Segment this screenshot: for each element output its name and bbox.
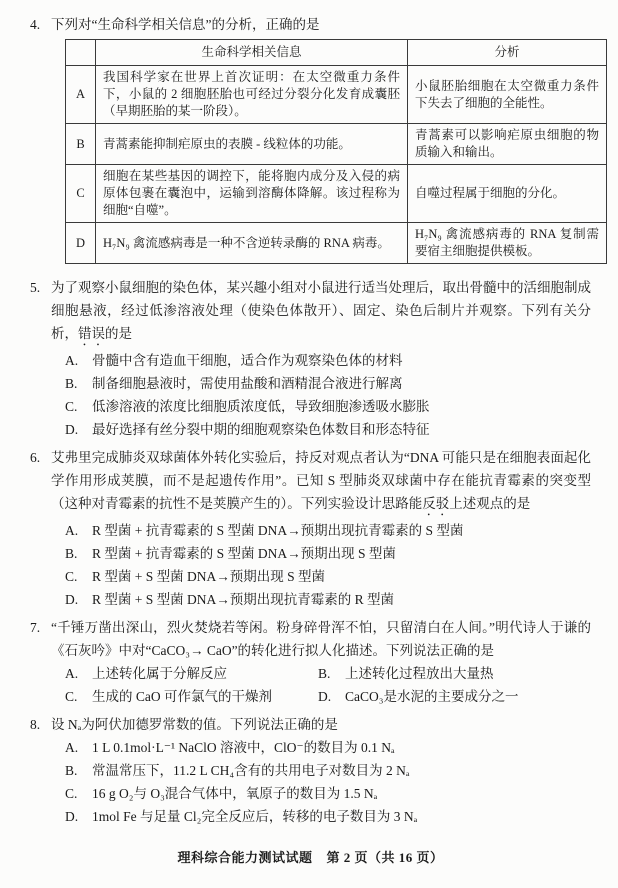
option-b: B. 制备细胞悬液时，需使用盐酸和酒精混合液进行解离 (65, 372, 591, 395)
question-6-stem: 艾弗里完成肺炎双球菌体外转化实验后，持反对观点者认为“DNA 可能只是在细胞表面… (51, 446, 591, 519)
exam-page: 4. 下列对“生命科学相关信息”的分析，正确的是 生命科学相关信息 分析 A 我… (0, 0, 618, 888)
row-c-analysis: 自噬过程属于细胞的分化。 (408, 165, 607, 223)
question-6-number: 6. (30, 446, 40, 469)
question-4-stem: 下列对“生命科学相关信息”的分析，正确的是 (51, 13, 591, 36)
row-d-analysis: H₇N₉ 禽流感病毒的 RNA 复制需要宿主细胞提供模板。 (408, 223, 607, 264)
row-a-analysis: 小鼠胚胎细胞在太空微重力条件下失去了细胞的全能性。 (408, 66, 607, 124)
option-d-label: D. (318, 685, 345, 708)
stem-emphasis: 错误 (78, 326, 105, 341)
question-7-options: A. 上述转化属于分解反应 B. 上述转化过程放出大量热 C. 生成的 CaO … (51, 662, 591, 708)
question-7: 7. “千锤万凿出深山，烈火焚烧若等闲。粉身碎骨浑不怕，只留清白在人间。”明代诗… (30, 616, 591, 708)
option-c-text: 低渗溶液的浓度比细胞质浓度低，导致细胞渗透吸水膨胀 (92, 395, 591, 418)
option-c-text: R 型菌 + S 型菌 DNA→预期出现 S 型菌 (92, 565, 591, 588)
option-a-text: 上述转化属于分解反应 (92, 662, 318, 685)
option-c-label: C. (65, 685, 92, 708)
option-d-label: D. (65, 588, 92, 611)
option-b-text: 上述转化过程放出大量热 (345, 662, 494, 685)
option-a: A. 1 L 0.1mol·L⁻¹ NaClO 溶液中，ClO⁻的数目为 0.1… (65, 736, 591, 759)
stem-tail: 上述观点的是 (449, 496, 530, 511)
row-b-info: 青蒿素能抑制疟原虫的表膜 - 线粒体的功能。 (96, 124, 408, 165)
option-c: C. 生成的 CaO 可作氯气的干燥剂 (65, 685, 318, 708)
option-b-label: B. (65, 759, 92, 782)
option-row-cd: C. 生成的 CaO 可作氯气的干燥剂 D. CaCO₃是水泥的主要成分之一 (65, 685, 591, 708)
option-b-label: B. (318, 662, 345, 685)
table-row-a: A 我国科学家在世界上首次证明：在太空微重力条件下，小鼠的 2 细胞胚胎也可经过… (66, 66, 607, 124)
option-c-label: C. (65, 565, 92, 588)
question-4: 4. 下列对“生命科学相关信息”的分析，正确的是 生命科学相关信息 分析 A 我… (30, 13, 591, 271)
table-header-empty (66, 40, 96, 66)
option-d-label: D. (65, 418, 92, 441)
table-row-b: B 青蒿素能抑制疟原虫的表膜 - 线粒体的功能。 青蒿素可以影响疟原虫细胞的物质… (66, 124, 607, 165)
option-c-label: C. (65, 395, 92, 418)
option-a-label: A. (65, 662, 92, 685)
option-b-text: 常温常压下，11.2 L CH₄含有的共用电子对数目为 2 Nₐ (92, 759, 591, 782)
option-a: A. 骨髓中含有造血干细胞，适合作为观察染色体的材料 (65, 349, 591, 372)
row-d-letter: D (66, 223, 96, 264)
option-d: D. CaCO₃是水泥的主要成分之一 (318, 685, 518, 708)
footer-page-info: 第 2 页（共 16 页） (327, 850, 444, 865)
question-5: 5. 为了观察小鼠细胞的染色体，某兴趣小组对小鼠进行适当处理后，取出骨髓中的活细… (30, 276, 591, 441)
option-d-text: 最好选择有丝分裂中期的细胞观察染色体数目和形态特征 (92, 418, 591, 441)
question-8: 8. 设 Nₐ为阿伏加德罗常数的值。下列说法正确的是 A. 1 L 0.1mol… (30, 713, 591, 828)
table-row-c: C 细胞在某些基因的调控下，能将胞内成分及入侵的病原体包裹在囊泡中，运输到溶酶体… (66, 165, 607, 223)
row-c-info: 细胞在某些基因的调控下，能将胞内成分及入侵的病原体包裹在囊泡中，运输到溶酶体降解… (96, 165, 408, 223)
option-a-label: A. (65, 519, 92, 542)
option-b-label: B. (65, 542, 92, 565)
question-6-options: A. R 型菌 + 抗青霉素的 S 型菌 DNA→预期出现抗青霉素的 S 型菌 … (51, 519, 591, 611)
row-a-info: 我国科学家在世界上首次证明：在太空微重力条件下，小鼠的 2 细胞胚胎也可经过分裂… (96, 66, 408, 124)
option-d-text: 1mol Fe 与足量 Cl₂完全反应后，转移的电子数目为 3 Nₐ (92, 805, 591, 828)
question-8-stem: 设 Nₐ为阿伏加德罗常数的值。下列说法正确的是 (51, 713, 591, 736)
question-8-number: 8. (30, 713, 40, 736)
row-b-analysis: 青蒿素可以影响疟原虫细胞的物质输入和输出。 (408, 124, 607, 165)
option-d-text: R 型菌 + S 型菌 DNA→预期出现抗青霉素的 R 型菌 (92, 588, 591, 611)
option-c-label: C. (65, 782, 92, 805)
table-header-analysis: 分析 (408, 40, 607, 66)
footer-title: 理科综合能力测试试题 (177, 850, 312, 865)
option-d: D. 1mol Fe 与足量 Cl₂完全反应后，转移的电子数目为 3 Nₐ (65, 805, 591, 828)
table-header-info: 生命科学相关信息 (96, 40, 408, 66)
option-a: A. 上述转化属于分解反应 (65, 662, 318, 685)
option-a-text: 1 L 0.1mol·L⁻¹ NaClO 溶液中，ClO⁻的数目为 0.1 Nₐ (92, 736, 591, 759)
question-5-number: 5. (30, 276, 40, 299)
option-b-label: B. (65, 372, 92, 395)
option-row-ab: A. 上述转化属于分解反应 B. 上述转化过程放出大量热 (65, 662, 591, 685)
question-6: 6. 艾弗里完成肺炎双球菌体外转化实验后，持反对观点者认为“DNA 可能只是在细… (30, 446, 591, 611)
option-b: B. 上述转化过程放出大量热 (318, 662, 494, 685)
stem-text: 为了观察小鼠细胞的染色体，某兴趣小组对小鼠进行适当处理后，取出骨髓中的活细胞制成… (51, 280, 591, 341)
option-d-text: CaCO₃是水泥的主要成分之一 (345, 685, 518, 708)
info-analysis-table: 生命科学相关信息 分析 A 我国科学家在世界上首次证明：在太空微重力条件下，小鼠… (65, 39, 607, 264)
option-b-text: R 型菌 + 抗青霉素的 S 型菌 DNA→预期出现 S 型菌 (92, 542, 591, 565)
option-b: B. 常温常压下，11.2 L CH₄含有的共用电子对数目为 2 Nₐ (65, 759, 591, 782)
option-c: C. R 型菌 + S 型菌 DNA→预期出现 S 型菌 (65, 565, 591, 588)
option-a-label: A. (65, 736, 92, 759)
row-c-letter: C (66, 165, 96, 223)
option-a: A. R 型菌 + 抗青霉素的 S 型菌 DNA→预期出现抗青霉素的 S 型菌 (65, 519, 591, 542)
row-a-letter: A (66, 66, 96, 124)
row-b-letter: B (66, 124, 96, 165)
question-4-number: 4. (30, 13, 40, 36)
question-5-options: A. 骨髓中含有造血干细胞，适合作为观察染色体的材料 B. 制备细胞悬液时，需使… (51, 349, 591, 441)
table-header-row: 生命科学相关信息 分析 (66, 40, 607, 66)
option-b: B. R 型菌 + 抗青霉素的 S 型菌 DNA→预期出现 S 型菌 (65, 542, 591, 565)
option-b-text: 制备细胞悬液时，需使用盐酸和酒精混合液进行解离 (92, 372, 591, 395)
option-a-text: 骨髓中含有造血干细胞，适合作为观察染色体的材料 (92, 349, 591, 372)
option-c-text: 16 g O₂与 O₃混合气体中，氧原子的数目为 1.5 Nₐ (92, 782, 591, 805)
question-8-options: A. 1 L 0.1mol·L⁻¹ NaClO 溶液中，ClO⁻的数目为 0.1… (51, 736, 591, 828)
question-5-stem: 为了观察小鼠细胞的染色体，某兴趣小组对小鼠进行适当处理后，取出骨髓中的活细胞制成… (51, 276, 591, 349)
page-footer: 理科综合能力测试试题第 2 页（共 16 页） (30, 847, 591, 874)
table-row-d: D H₇N₉ 禽流感病毒是一种不含逆转录酶的 RNA 病毒。 H₇N₉ 禽流感病… (66, 223, 607, 264)
option-d-label: D. (65, 805, 92, 828)
question-7-number: 7. (30, 616, 40, 639)
option-c: C. 低渗溶液的浓度比细胞质浓度低，导致细胞渗透吸水膨胀 (65, 395, 591, 418)
row-d-info: H₇N₉ 禽流感病毒是一种不含逆转录酶的 RNA 病毒。 (96, 223, 408, 264)
question-7-stem: “千锤万凿出深山，烈火焚烧若等闲。粉身碎骨浑不怕，只留清白在人间。”明代诗人于谦… (51, 616, 591, 662)
option-c: C. 16 g O₂与 O₃混合气体中，氧原子的数目为 1.5 Nₐ (65, 782, 591, 805)
option-d: D. R 型菌 + S 型菌 DNA→预期出现抗青霉素的 R 型菌 (65, 588, 591, 611)
option-a-text: R 型菌 + 抗青霉素的 S 型菌 DNA→预期出现抗青霉素的 S 型菌 (92, 519, 591, 542)
stem-tail: 的是 (105, 326, 132, 341)
option-d: D. 最好选择有丝分裂中期的细胞观察染色体数目和形态特征 (65, 418, 591, 441)
option-c-text: 生成的 CaO 可作氯气的干燥剂 (92, 685, 318, 708)
stem-emphasis: 反驳 (422, 496, 449, 511)
option-a-label: A. (65, 349, 92, 372)
